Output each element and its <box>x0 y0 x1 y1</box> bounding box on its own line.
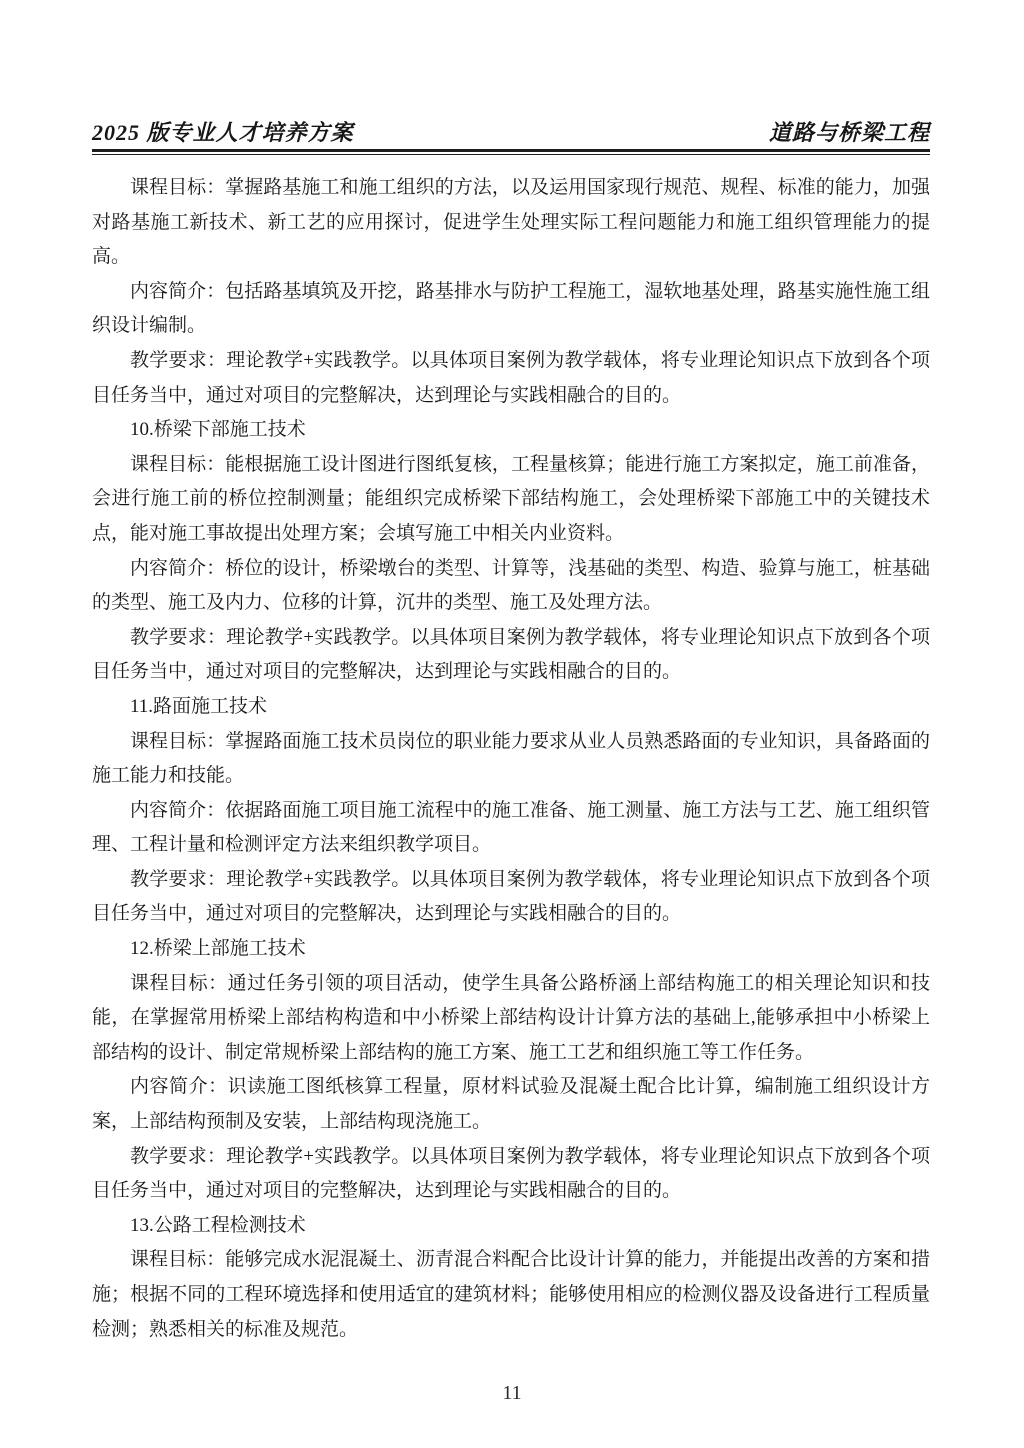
page-number: 11 <box>502 1382 521 1404</box>
page-header: 2025 版专业人才培养方案 道路与桥梁工程 <box>92 116 930 147</box>
paragraph: 课程目标：能够完成水泥混凝土、沥青混合料配合比设计计算的能力，并能提出改善的方案… <box>92 1243 930 1347</box>
paragraph: 课程目标：掌握路基施工和施工组织的方法，以及运用国家现行规范、规程、标准的能力，… <box>92 171 930 275</box>
paragraph: 课程目标：通过任务引领的项目活动，使学生具备公路桥涵上部结构施工的相关理论知识和… <box>92 967 930 1071</box>
section-heading: 12.桥梁上部施工技术 <box>92 932 930 967</box>
section-heading: 13.公路工程检测技术 <box>92 1209 930 1244</box>
paragraph: 内容简介：依据路面施工项目施工流程中的施工准备、施工测量、施工方法与工艺、施工组… <box>92 794 930 863</box>
document-page: 2025 版专业人才培养方案 道路与桥梁工程 课程目标：掌握路基施工和施工组织的… <box>0 0 1024 1448</box>
paragraph: 课程目标：掌握路面施工技术员岗位的职业能力要求从业人员熟悉路面的专业知识，具备路… <box>92 725 930 794</box>
paragraph: 教学要求：理论教学+实践教学。以具体项目案例为教学载体，将专业理论知识点下放到各… <box>92 344 930 413</box>
document-body: 课程目标：掌握路基施工和施工组织的方法，以及运用国家现行规范、规程、标准的能力，… <box>92 171 930 1347</box>
paragraph: 教学要求：理论教学+实践教学。以具体项目案例为教学载体，将专业理论知识点下放到各… <box>92 1140 930 1209</box>
paragraph: 内容简介：桥位的设计，桥梁墩台的类型、计算等，浅基础的类型、构造、验算与施工，桩… <box>92 552 930 621</box>
header-right-title: 道路与桥梁工程 <box>769 116 930 147</box>
paragraph: 教学要求：理论教学+实践教学。以具体项目案例为教学载体，将专业理论知识点下放到各… <box>92 621 930 690</box>
paragraph: 教学要求：理论教学+实践教学。以具体项目案例为教学载体，将专业理论知识点下放到各… <box>92 863 930 932</box>
paragraph: 内容简介：包括路基填筑及开挖，路基排水与防护工程施工，湿软地基处理，路基实施性施… <box>92 275 930 344</box>
page-footer: 11 <box>0 1382 1024 1405</box>
header-left-title: 2025 版专业人才培养方案 <box>92 116 354 147</box>
paragraph: 内容简介：识读施工图纸核算工程量，原材料试验及混凝土配合比计算，编制施工组织设计… <box>92 1070 930 1139</box>
section-heading: 10.桥梁下部施工技术 <box>92 413 930 448</box>
section-heading: 11.路面施工技术 <box>92 690 930 725</box>
paragraph: 课程目标：能根据施工设计图进行图纸复核，工程量核算；能进行施工方案拟定，施工前准… <box>92 448 930 552</box>
header-divider-rule <box>92 149 930 155</box>
